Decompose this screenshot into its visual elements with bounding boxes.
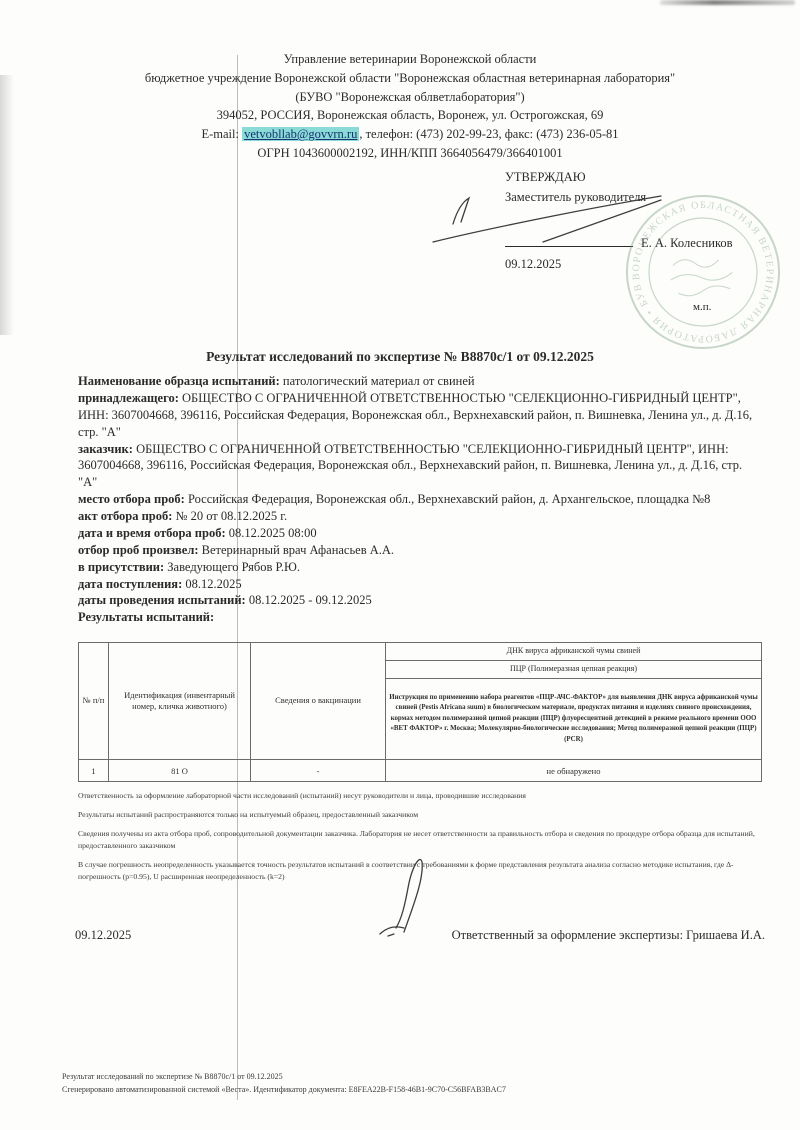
testing-dates-line: даты проведения испытаний: 08.12.2025 - …	[78, 592, 762, 609]
org-department: Управление ветеринарии Воронежской облас…	[60, 50, 760, 69]
org-contacts: E-mail: vetvobllab@govvrn.ru, телефон: (…	[60, 125, 760, 144]
table-row: 1 81 O - не обнаружено	[79, 760, 762, 782]
approver-handwritten-signature	[415, 172, 695, 262]
sample-details: Наименование образца испытаний: патологи…	[78, 373, 762, 626]
customer-line: заказчик: ОБЩЕСТВО С ОГРАНИЧЕННОЙ ОТВЕТС…	[78, 441, 762, 492]
cell-num: 1	[79, 760, 109, 782]
responsible-person: Ответственный за оформление экспертизы: …	[452, 928, 765, 943]
page-title: Результат исследований по экспертизе № В…	[0, 349, 800, 365]
footnote: Результаты испытаний распространяются то…	[78, 809, 762, 821]
org-short-name: (БУВО "Воронежская облветлаборатория")	[60, 88, 760, 107]
footer-expertise-ref: Результат исследований по экспертизе № В…	[62, 1071, 772, 1084]
sampling-datetime-line: дата и время отбора проб: 08.12.2025 08:…	[78, 525, 762, 542]
cell-vaccination: -	[251, 760, 386, 782]
receipt-date-line: дата поступления: 08.12.2025	[78, 576, 762, 593]
footnote: Сведения получены из акта отбора проб, с…	[78, 828, 762, 852]
org-registration: ОГРН 1043600002192, ИНН/КПП 3664056479/3…	[60, 144, 760, 163]
org-address: 394052, РОССИЯ, Воронежская область, Вор…	[60, 106, 760, 125]
col-header-vaccination: Сведения о вакцинации	[251, 643, 386, 760]
phone-fax: , телефон: (473) 202-99-23, факс: (473) …	[359, 127, 618, 141]
email-label: E-mail:	[201, 127, 242, 141]
cell-identification: 81 O	[109, 760, 251, 782]
email-link[interactable]: vetvobllab@govvrn.ru	[242, 127, 359, 141]
signoff-row: 09.12.2025 Ответственный за оформление э…	[75, 928, 765, 943]
scan-edge-shadow	[0, 75, 14, 335]
sampling-act-line: акт отбора проб: № 20 от 08.12.2025 г.	[78, 508, 762, 525]
col-header-method-group: ПЦР (Полимеразная цепная реакция)	[386, 661, 762, 679]
document-footer: Результат исследований по экспертизе № В…	[62, 1071, 772, 1097]
sampler-line: отбор проб произвел: Ветеринарный врач А…	[78, 542, 762, 559]
results-table: № п/п Идентификация (инвентарный номер, …	[78, 642, 762, 782]
witness-line: в присутствии: Заведующего Рябов Р.Ю.	[78, 559, 762, 576]
footnote: Ответственность за оформление лабораторн…	[78, 790, 762, 802]
org-name: бюджетное учреждение Воронежской области…	[60, 69, 760, 88]
sampling-place-line: место отбора проб: Российская Федерация,…	[78, 491, 762, 508]
results-heading: Результаты испытаний:	[78, 609, 762, 626]
footer-document-id: Сгенерировано автоматизированной системо…	[62, 1084, 772, 1097]
document-page: Управление ветеринарии Воронежской облас…	[0, 0, 800, 1130]
col-header-method-detail: Инструкция по применению набора реагенто…	[386, 679, 762, 760]
letterhead: Управление ветеринарии Воронежской облас…	[60, 50, 760, 163]
cell-result: не обнаружено	[386, 760, 762, 782]
owner-line: принадлежащего: ОБЩЕСТВО С ОГРАНИЧЕННОЙ …	[78, 390, 762, 441]
responsible-handwritten-signature	[352, 852, 462, 940]
col-header-num: № п/п	[79, 643, 109, 760]
signoff-date: 09.12.2025	[75, 928, 131, 943]
col-header-identification: Идентификация (инвентарный номер, кличка…	[109, 643, 251, 760]
col-header-test-name: ДНК вируса африканской чумы свиней	[386, 643, 762, 661]
sample-name-line: Наименование образца испытаний: патологи…	[78, 373, 762, 390]
scan-smudge	[660, 0, 795, 5]
